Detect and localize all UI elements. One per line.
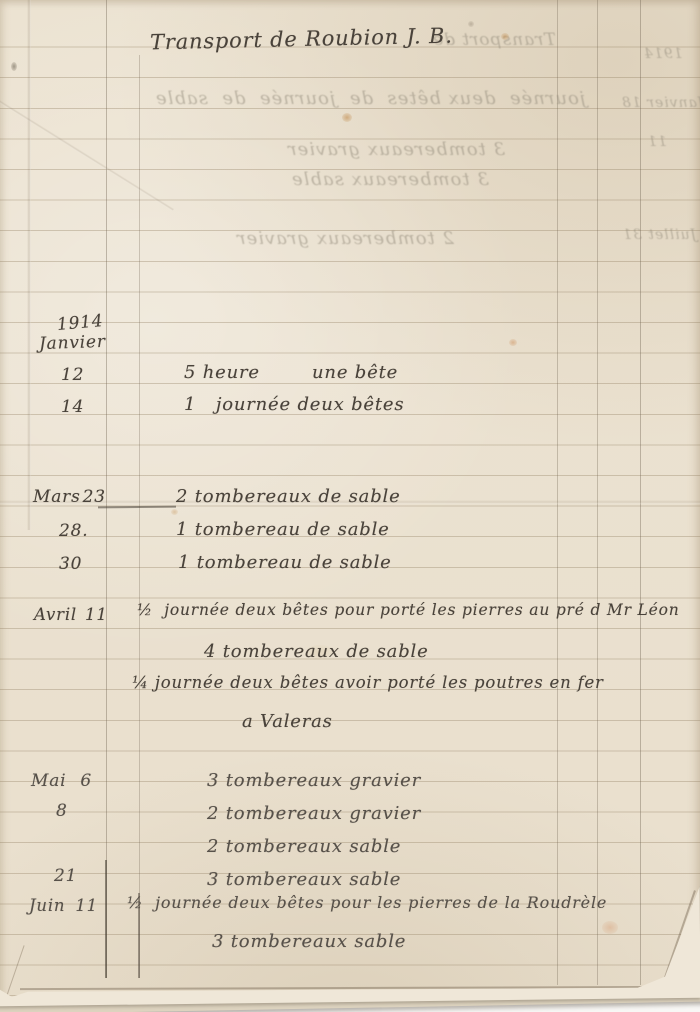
bleedthrough-line: 3 tombereaux gravier xyxy=(287,139,505,160)
ledger-entry: 3 tombereaux sable xyxy=(212,931,406,952)
left-column-rule-1 xyxy=(106,0,107,978)
bleedthrough-line: 2 tombereaux gravier xyxy=(236,228,454,249)
bleedthrough-margin-date: Janvier 18 xyxy=(621,95,700,111)
scanned-ledger-page: Transport de journée deux bêtes de journ… xyxy=(0,0,700,1012)
month-day-mai: Mai6 xyxy=(31,771,92,791)
bleedthrough-margin-date: 1914 xyxy=(643,46,683,62)
foxing-spot xyxy=(509,339,517,346)
ink-speck xyxy=(11,62,17,71)
month-label-avril: Avril xyxy=(34,605,77,624)
right-column-rule-3 xyxy=(640,0,641,985)
ledger-entry: a Valeras xyxy=(242,711,333,732)
ledger-entry: ¼ journée deux bêtes avoir porté les pou… xyxy=(132,673,604,692)
ledger-entry: 1 journée deux bêtes xyxy=(184,394,404,415)
right-column-rule-1 xyxy=(557,0,558,985)
vertical-fold-crease xyxy=(27,0,31,530)
ledger-entry: 2 tombereaux gravier xyxy=(207,803,421,824)
day-label: 14 xyxy=(61,397,84,417)
month-label-mars: Mars xyxy=(33,487,81,507)
month-day-mars: Mars23 xyxy=(33,487,106,507)
foxing-spot xyxy=(602,921,618,934)
ledger-entry: ½ journée deux bêtes pour porté les pier… xyxy=(137,601,680,619)
day-label: 11 xyxy=(75,896,98,915)
bleedthrough-margin-date: 11 xyxy=(647,134,667,150)
day-label: 21 xyxy=(54,866,77,886)
bleedthrough-line: journée deux bêtes de journée de sable xyxy=(155,88,585,109)
day-label: 12 xyxy=(61,365,84,385)
ledger-entry: 5 heure une bête xyxy=(184,362,398,383)
month-label-janvier: Janvier xyxy=(39,332,106,354)
day-label: 23 xyxy=(83,487,106,507)
day-label: 11 xyxy=(85,605,108,624)
ledger-entry: 3 tombereaux gravier xyxy=(207,770,421,791)
day-label: 28. xyxy=(59,521,88,541)
day-label: 30 xyxy=(59,554,82,574)
ledger-entry: 4 tombereaux de sable xyxy=(204,641,429,662)
day-label: 8 xyxy=(56,801,68,821)
ledger-entry: 3 tombereaux sable xyxy=(207,869,401,890)
ledger-entry: ½ journée deux bêtes pour les pierres de… xyxy=(127,893,607,912)
foxing-spot xyxy=(171,509,178,515)
day-label: 6 xyxy=(80,771,92,791)
month-day-avril: Avril11 xyxy=(34,605,108,624)
month-label-juin: Juin xyxy=(29,896,65,915)
ledger-entry: 1 tombereau de sable xyxy=(178,552,392,573)
left-column-rule-2 xyxy=(139,55,140,978)
month-day-juin: Juin11 xyxy=(29,896,98,915)
bleedthrough-margin-date: Juillet 31 xyxy=(622,227,696,243)
bleedthrough-line: 3 tombereaux sable xyxy=(291,169,489,190)
foxing-spot xyxy=(501,33,509,40)
ledger-entry: 1 tombereau de sable xyxy=(176,519,390,540)
ledger-entry: 2 tombereaux de sable xyxy=(176,486,401,507)
right-column-rule-2 xyxy=(597,0,598,985)
ledger-entry: 2 tombereaux sable xyxy=(207,836,401,857)
month-label-mai: Mai xyxy=(31,771,66,791)
ledger-paper: Transport de journée deux bêtes de journ… xyxy=(0,0,700,1012)
grey-speck xyxy=(468,21,474,27)
left-column-rule-1-inked xyxy=(105,860,107,978)
foxing-spot xyxy=(342,113,352,122)
